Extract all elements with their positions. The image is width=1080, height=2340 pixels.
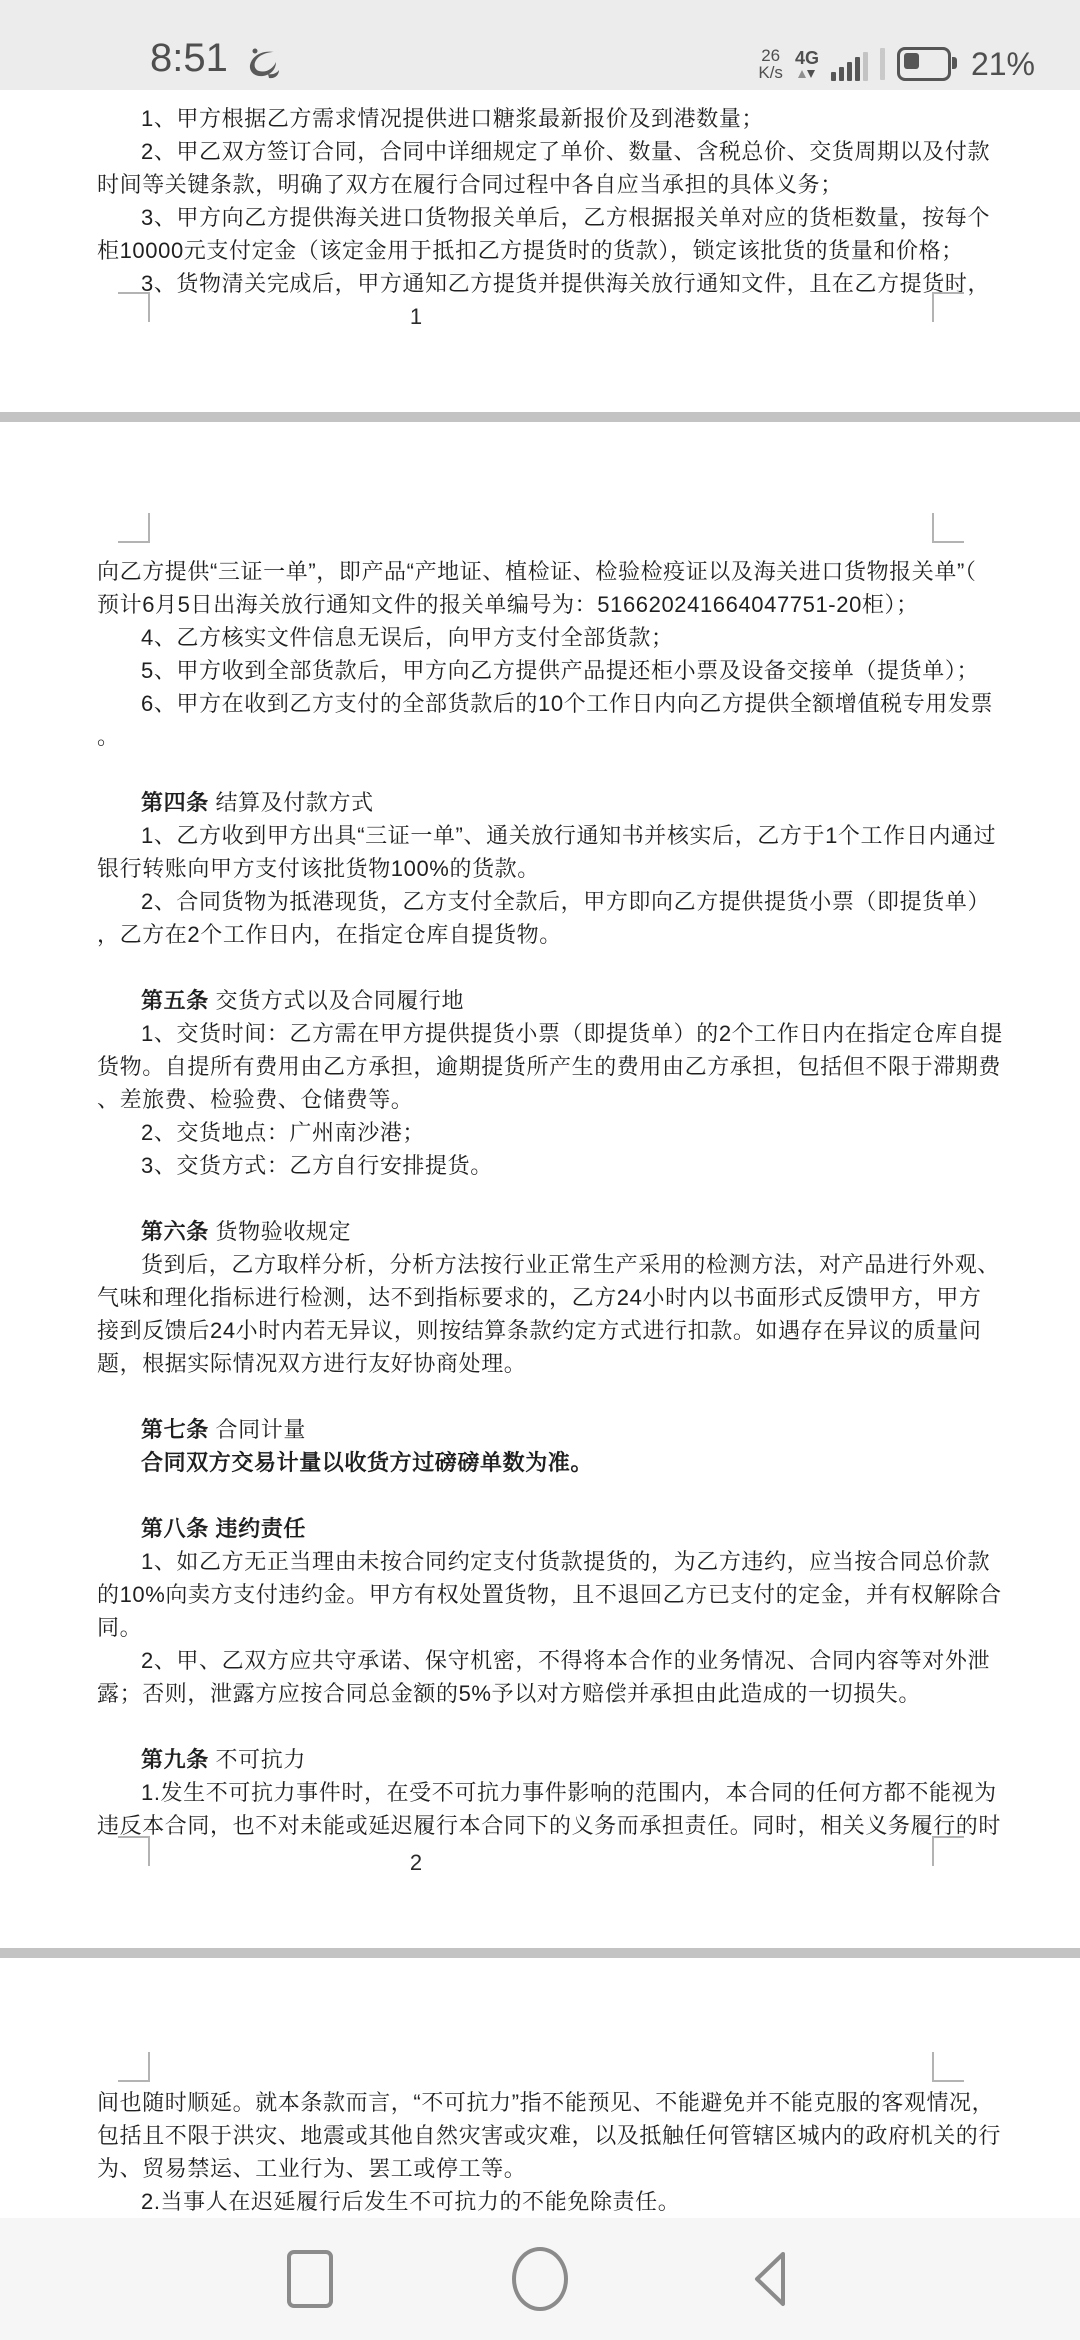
doc-text-line: 2、甲乙双方签订合同，合同中详细规定了单价、数量、含税总价、交货周期以及付款	[97, 135, 985, 168]
doc-heading-title: 交货方式以及合同履行地	[209, 988, 464, 1013]
doc-text-line: 4、乙方核实文件信息无误后，向甲方支付全部货款；	[97, 621, 985, 654]
doc-text-line: ，乙方在2个工作日内，在指定仓库自提货物。	[97, 918, 985, 951]
page-number-1: 1	[400, 304, 432, 330]
margin-corner-mark	[118, 1836, 150, 1866]
doc-heading-number: 第四条	[141, 790, 209, 815]
page-separator	[0, 412, 1080, 422]
moon-swoosh-icon	[240, 44, 282, 84]
doc-text-line: 为、贸易禁运、工业行为、罢工或停工等。	[97, 2152, 985, 2185]
doc-heading-number: 第七条	[141, 1417, 209, 1442]
data-arrows-icon	[798, 66, 815, 78]
doc-text-line: 2、合同货物为抵港现货，乙方支付全款后，甲方即向乙方提供提货小票（即提货单）	[97, 885, 985, 918]
network-speed-indicator: 26 K/s	[758, 47, 783, 81]
signal-bars-icon	[831, 47, 868, 81]
doc-text-line: 间也随时顺延。就本条款而言，“不可抗力”指不能预见、不能避免并不能克服的客观情况…	[97, 2086, 985, 2119]
document-page-1: 1、甲方根据乙方需求情况提供进口糖浆最新报价及到港数量；2、甲乙双方签订合同，合…	[0, 90, 1080, 412]
home-button[interactable]	[480, 2218, 600, 2340]
page-2-text-block: 向乙方提供“三证一单”，即产品“产地证、植检证、检验检疫证以及海关进口货物报关单…	[97, 555, 985, 1842]
status-indicators: 26 K/s 4G 21%	[758, 40, 1035, 88]
document-page-2: 向乙方提供“三证一单”，即产品“产地证、植检证、检验检疫证以及海关进口货物报关单…	[0, 422, 1080, 1948]
android-nav-bar	[0, 2218, 1080, 2340]
doc-heading-title: 不可抗力	[209, 1747, 306, 1772]
home-circle-icon	[512, 2247, 568, 2311]
doc-text-line: 1、乙方收到甲方出具“三证一单”、通关放行通知书并核实后，乙方于1个工作日内通过	[97, 819, 985, 852]
doc-text-line: 1、如乙方无正当理由未按合同约定支付货款提货的，为乙方违约，应当按合同总价款	[97, 1545, 985, 1578]
doc-heading-line: 第四条 结算及付款方式	[97, 786, 985, 819]
doc-text-line: 货到后，乙方取样分析，分析方法按行业正常生产采用的检测方法，对产品进行外观、	[97, 1248, 985, 1281]
battery-icon	[897, 47, 951, 81]
back-triangle-icon	[747, 2248, 793, 2310]
network-type-label: 4G	[795, 50, 819, 66]
doc-text-line: 2、交货地点：广州南沙港；	[97, 1116, 985, 1149]
doc-text-line: 。	[97, 720, 985, 753]
status-time: 8:51	[150, 36, 228, 80]
margin-corner-mark	[932, 2052, 964, 2082]
margin-corner-mark	[118, 292, 150, 322]
recents-square-icon	[287, 2250, 333, 2308]
doc-text-line: 气味和理化指标进行检测，达不到指标要求的，乙方24小时内以书面形式反馈甲方，甲方	[97, 1281, 985, 1314]
doc-heading-number: 第九条	[141, 1747, 209, 1772]
doc-heading-number: 第五条	[141, 988, 209, 1013]
doc-text-line: 货物。自提所有费用由乙方承担，逾期提货所产生的费用由乙方承担，包括但不限于滞期费	[97, 1050, 985, 1083]
doc-text-line: 时间等关键条款，明确了双方在履行合同过程中各自应当承担的具体义务；	[97, 168, 985, 201]
doc-heading-line: 第七条 合同计量	[97, 1413, 985, 1446]
doc-text-line: 的10%向卖方支付违约金。甲方有权处置货物，且不退回乙方已支付的定金，并有权解除…	[97, 1578, 985, 1611]
page-number-2: 2	[400, 1850, 432, 1876]
status-bar: 8:51 26 K/s 4G 21%	[0, 0, 1080, 90]
margin-corner-mark	[932, 1836, 964, 1866]
doc-heading-line: 第八条 违约责任	[97, 1512, 985, 1545]
network-speed-value: 26	[761, 47, 780, 64]
margin-corner-mark	[932, 513, 964, 543]
doc-text-line: 3、甲方向乙方提供海关进口货物报关单后，乙方根据报关单对应的货柜数量，按每个	[97, 201, 985, 234]
page-separator	[0, 1948, 1080, 1958]
doc-text-line: 2、甲、乙双方应共守承诺、保守机密，不得将本合作的业务情况、合同内容等对外泄	[97, 1644, 985, 1677]
doc-text-line: 1、交货时间：乙方需在甲方提供提货小票（即提货单）的2个工作日内在指定仓库自提	[97, 1017, 985, 1050]
doc-text-line: 银行转账向甲方支付该批货物100%的货款。	[97, 852, 985, 885]
document-page-3: 间也随时顺延。就本条款而言，“不可抗力”指不能预见、不能避免并不能克服的客观情况…	[0, 1958, 1080, 2218]
doc-heading-line: 第五条 交货方式以及合同履行地	[97, 984, 985, 1017]
network-type-indicator: 4G	[795, 50, 819, 78]
doc-text-line: 接到反馈后24小时内若无异议，则按结算条款约定方式进行扣款。如遇存在异议的质量问	[97, 1314, 985, 1347]
doc-text-line: 合同双方交易计量以收货方过磅磅单数为准。	[97, 1446, 985, 1479]
doc-text-line: 包括且不限于洪灾、地震或其他自然灾害或灾难，以及抵触任何管辖区城内的政府机关的行	[97, 2119, 985, 2152]
page-1-text-block: 1、甲方根据乙方需求情况提供进口糖浆最新报价及到港数量；2、甲乙双方签订合同，合…	[97, 102, 985, 300]
doc-text-line: 露；否则，泄露方应按合同总金额的5%予以对方赔偿并承担由此造成的一切损失。	[97, 1677, 985, 1710]
margin-corner-mark	[118, 2052, 150, 2082]
doc-text-line: 预计6月5日出海关放行通知文件的报关单编号为：51662024166404775…	[97, 588, 985, 621]
doc-heading-number: 第六条	[141, 1219, 209, 1244]
battery-percent: 21%	[971, 46, 1035, 83]
doc-text-line: 题，根据实际情况双方进行友好协商处理。	[97, 1347, 985, 1380]
document-viewer[interactable]: 1、甲方根据乙方需求情况提供进口糖浆最新报价及到港数量；2、甲乙双方签订合同，合…	[0, 90, 1080, 2218]
margin-corner-mark	[118, 513, 150, 543]
doc-text-line: 柜10000元支付定金（该定金用于抵扣乙方提货时的货款），锁定该批货的货量和价格…	[97, 234, 985, 267]
doc-text-line: 违反本合同，也不对未能或延迟履行本合同下的义务而承担责任。同时，相关义务履行的时	[97, 1809, 985, 1842]
doc-heading-title: 合同计量	[209, 1417, 306, 1442]
recents-button[interactable]	[250, 2218, 370, 2340]
margin-corner-mark	[932, 292, 964, 322]
doc-text-line: 6、甲方在收到乙方支付的全部货款后的10个工作日内向乙方提供全额增值税专用发票	[97, 687, 985, 720]
doc-blank-line	[97, 1182, 985, 1215]
doc-blank-line	[97, 1710, 985, 1743]
doc-text-line: 2.当事人在迟延履行后发生不可抗力的不能免除责任。	[97, 2185, 985, 2218]
doc-text-line: 、差旅费、检验费、仓储费等。	[97, 1083, 985, 1116]
doc-blank-line	[97, 753, 985, 786]
doc-heading-title: 货物验收规定	[209, 1219, 351, 1244]
network-speed-unit: K/s	[758, 64, 783, 81]
phone-screen: 8:51 26 K/s 4G 21% 1、甲方根据乙方需求情况提供进口糖浆最新报…	[0, 0, 1080, 2340]
doc-text-line: 向乙方提供“三证一单”，即产品“产地证、植检证、检验检疫证以及海关进口货物报关单…	[97, 555, 985, 588]
doc-heading-line: 第九条 不可抗力	[97, 1743, 985, 1776]
page-3-text-block: 间也随时顺延。就本条款而言，“不可抗力”指不能预见、不能避免并不能克服的客观情况…	[97, 2086, 985, 2218]
back-button[interactable]	[710, 2218, 830, 2340]
doc-text-line: 1、甲方根据乙方需求情况提供进口糖浆最新报价及到港数量；	[97, 102, 985, 135]
doc-heading-line: 第六条 货物验收规定	[97, 1215, 985, 1248]
doc-text-line: 3、交货方式：乙方自行安排提货。	[97, 1149, 985, 1182]
doc-heading-number: 第八条 违约责任	[141, 1516, 306, 1541]
sim2-signal-icon	[880, 48, 885, 80]
doc-text-line: 5、甲方收到全部货款后，甲方向乙方提供产品提还柜小票及设备交接单（提货单）；	[97, 654, 985, 687]
doc-heading-title: 结算及付款方式	[209, 790, 374, 815]
doc-text-line: 同。	[97, 1611, 985, 1644]
doc-text-line: 3、货物清关完成后，甲方通知乙方提货并提供海关放行通知文件，且在乙方提货时，	[97, 267, 985, 300]
doc-text-line: 1.发生不可抗力事件时，在受不可抗力事件影响的范围内，本合同的任何方都不能视为	[97, 1776, 985, 1809]
doc-blank-line	[97, 1380, 985, 1413]
doc-blank-line	[97, 1479, 985, 1512]
doc-blank-line	[97, 951, 985, 984]
